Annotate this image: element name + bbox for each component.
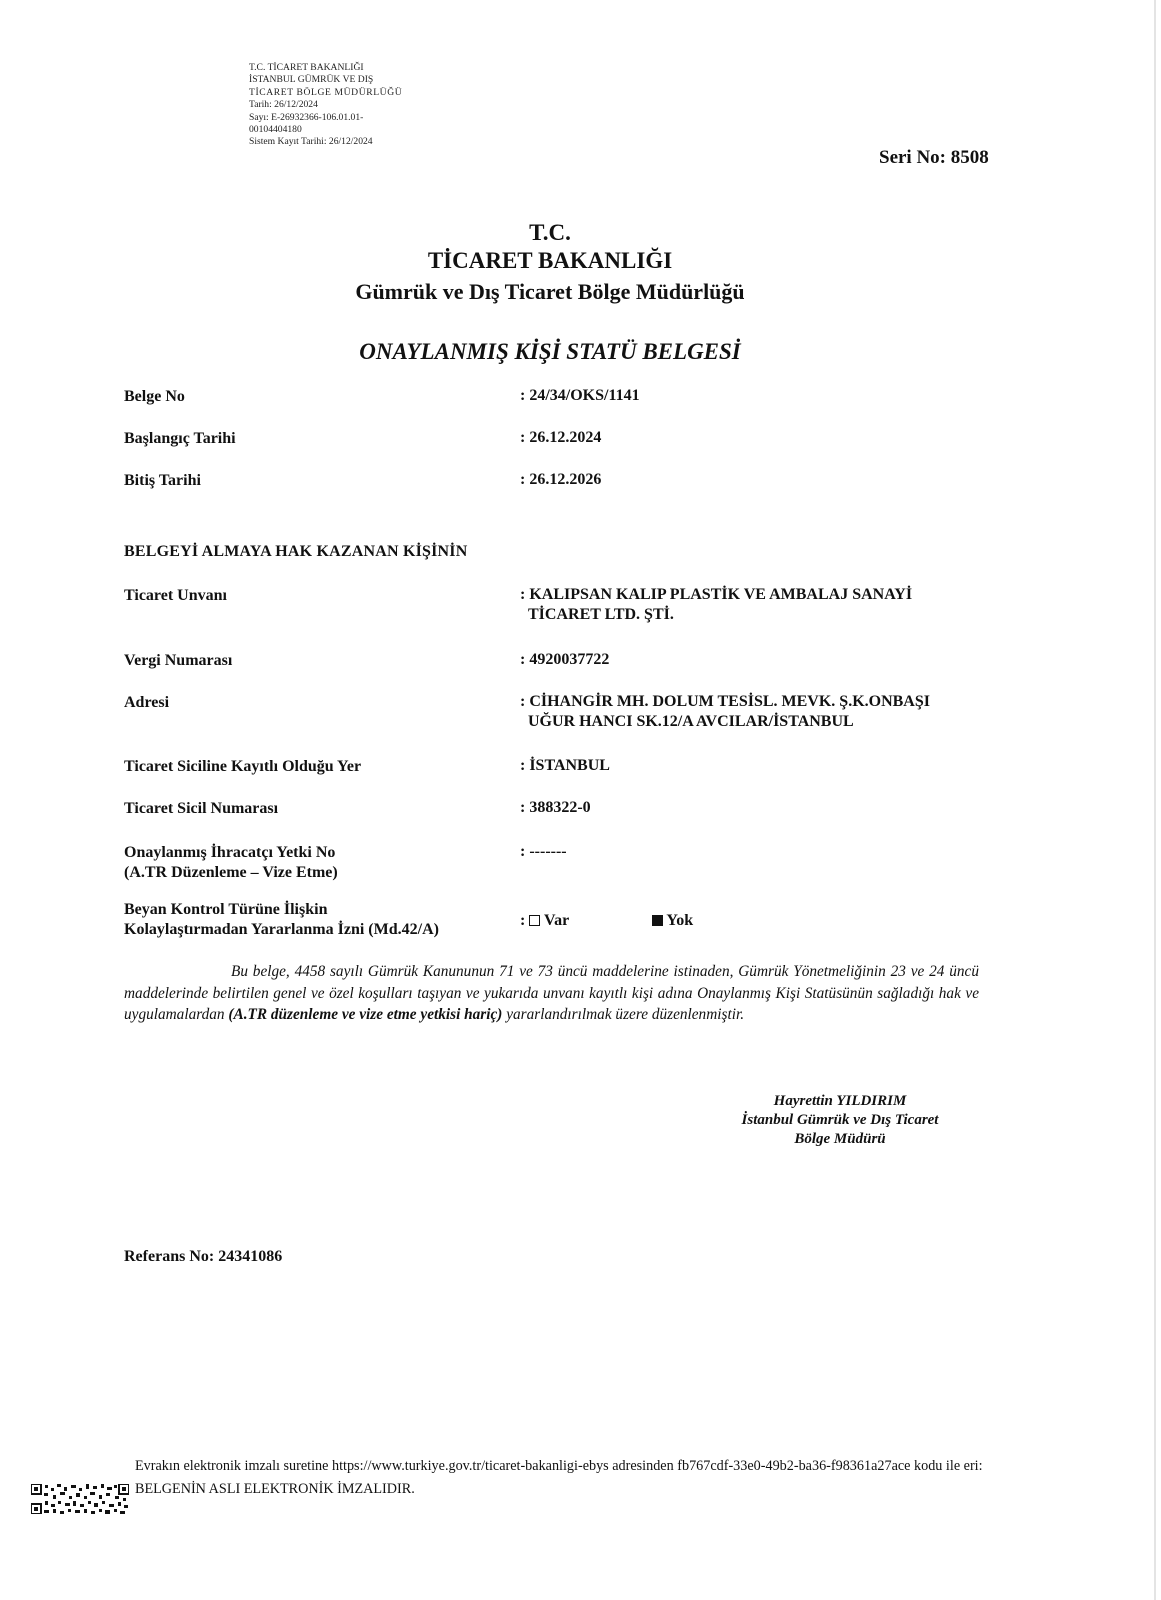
stamp-number: Sayı: E-26932366-106.01.01- (249, 112, 402, 124)
registry-stamp: T.C. TİCARET BAKANLIĞI İSTANBUL GÜMRÜK V… (249, 62, 402, 149)
facilitation-label-line-2: Kolaylaştırmadan Yararlanma İzni (Md.42/… (124, 920, 439, 940)
field-value-registry-place: : İSTANBUL (520, 756, 610, 776)
option-var-label: Var (544, 912, 569, 929)
stamp-system-date: Sistem Kayıt Tarihi: 26/12/2024 (249, 136, 402, 148)
serial-number: Seri No: 8508 (879, 147, 989, 169)
header-ministry: TİCARET BAKANLIĞI (0, 248, 1100, 274)
field-label-tax-no: Vergi Numarası (124, 651, 232, 671)
field-value-start-date: : 26.12.2024 (520, 428, 601, 448)
field-value-belge-no: : 24/34/OKS/1141 (520, 386, 640, 406)
page-edge (1154, 0, 1156, 1600)
signature-block: Hayrettin YILDIRIM İstanbul Gümrük ve Dı… (700, 1092, 980, 1149)
checkbox-filled-icon (652, 915, 663, 926)
paragraph-end: yararlandırılmak üzere düzenlenmiştir. (502, 1006, 744, 1023)
stamp-line-1: T.C. TİCARET BAKANLIĞI (249, 62, 402, 74)
reference-number: Referans No: 24341086 (124, 1248, 282, 1266)
trade-name-line-2: TİCARET LTD. ŞTİ. (520, 605, 912, 625)
stamp-date: Tarih: 26/12/2024 (249, 99, 402, 111)
signatory-title-1: İstanbul Gümrük ve Dış Ticaret (700, 1111, 980, 1130)
field-label-exporter-auth: Onaylanmış İhracatçı Yetki No (A.TR Düze… (124, 843, 338, 883)
holder-section-title: BELGEYİ ALMAYA HAK KAZANAN KİŞİNİN (124, 543, 467, 561)
stamp-number-cont: 00104404180 (249, 124, 402, 136)
field-value-trade-name: : KALIPSAN KALIP PLASTİK VE AMBALAJ SANA… (520, 585, 912, 625)
exporter-label-line-1: Onaylanmış İhracatçı Yetki No (124, 843, 338, 863)
field-value-exporter-auth: : ------- (520, 842, 567, 862)
footer-verification-text: Evrakın elektronik imzalı suretine https… (135, 1458, 983, 1475)
footer-signed-notice: BELGENİN ASLI ELEKTRONİK İMZALIDIR. (135, 1481, 415, 1498)
option-var: : Var (520, 912, 569, 930)
header-tc: T.C. (0, 220, 1100, 246)
signatory-title-2: Bölge Müdürü (700, 1130, 980, 1149)
qr-code-icon (31, 1484, 129, 1514)
checkbox-empty-icon (529, 915, 540, 926)
field-value-end-date: : 26.12.2026 (520, 470, 601, 490)
field-label-registry-no: Ticaret Sicil Numarası (124, 799, 278, 819)
trade-name-line-1: : KALIPSAN KALIP PLASTİK VE AMBALAJ SANA… (520, 585, 912, 605)
document-title: ONAYLANMIŞ KİŞİ STATÜ BELGESİ (0, 339, 1100, 365)
field-value-registry-no: : 388322-0 (520, 798, 591, 818)
field-label-end-date: Bitiş Tarihi (124, 471, 201, 491)
legal-paragraph: Bu belge, 4458 sayılı Gümrük Kanununun 7… (124, 961, 979, 1026)
field-label-trade-name: Ticaret Unvanı (124, 586, 227, 606)
paragraph-bold-exception: (A.TR düzenleme ve vize etme yetkisi har… (228, 1006, 502, 1023)
address-line-2: UĞUR HANCI SK.12/A AVCILAR/İSTANBUL (520, 712, 930, 732)
signatory-name: Hayrettin YILDIRIM (700, 1092, 980, 1111)
header-directorate: Gümrük ve Dış Ticaret Bölge Müdürlüğü (0, 279, 1100, 305)
address-line-1: : CİHANGİR MH. DOLUM TESİSL. MEVK. Ş.K.O… (520, 692, 930, 712)
exporter-label-line-2: (A.TR Düzenleme – Vize Etme) (124, 863, 338, 883)
field-label-facilitation: Beyan Kontrol Türüne İlişkin Kolaylaştır… (124, 900, 439, 940)
facilitation-prefix: : (520, 912, 525, 929)
field-label-registry-place: Ticaret Siciline Kayıtlı Olduğu Yer (124, 757, 361, 777)
field-label-start-date: Başlangıç Tarihi (124, 429, 236, 449)
option-yok-label: Yok (666, 912, 693, 929)
field-value-tax-no: : 4920037722 (520, 650, 609, 670)
stamp-line-3: TİCARET BÖLGE MÜDÜRLÜĞÜ (249, 87, 402, 99)
field-value-address: : CİHANGİR MH. DOLUM TESİSL. MEVK. Ş.K.O… (520, 692, 930, 732)
field-label-belge-no: Belge No (124, 387, 185, 407)
facilitation-label-line-1: Beyan Kontrol Türüne İlişkin (124, 900, 439, 920)
field-label-address: Adresi (124, 693, 169, 713)
stamp-line-2: İSTANBUL GÜMRÜK VE DIŞ (249, 74, 402, 86)
option-yok: Yok (652, 912, 693, 930)
